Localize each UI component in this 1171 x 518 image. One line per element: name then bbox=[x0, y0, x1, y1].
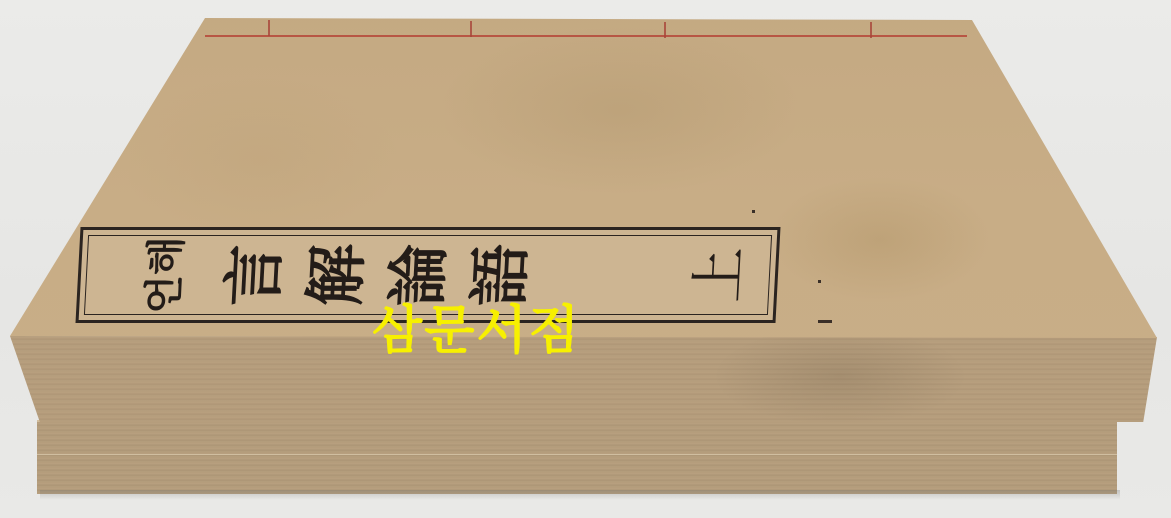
binding-thread bbox=[205, 35, 967, 37]
title-hangul: 언해 bbox=[144, 236, 188, 313]
lower-volume-page-edges bbox=[37, 420, 1117, 494]
upper-volume-page-edges bbox=[10, 336, 1157, 422]
title-char: 解 bbox=[305, 244, 370, 306]
book-shadow bbox=[40, 490, 1120, 500]
binding-stitch bbox=[664, 22, 666, 38]
ink-mark bbox=[752, 210, 755, 213]
binding-stitch bbox=[870, 22, 872, 38]
watermark-text: 삼문서점 bbox=[372, 288, 581, 363]
title-char: 言 bbox=[223, 244, 288, 306]
ink-mark bbox=[818, 280, 821, 283]
volume-marker: 上 bbox=[674, 247, 757, 303]
ink-mark bbox=[818, 320, 832, 323]
binding-stitch bbox=[268, 20, 270, 36]
photo-scene: 언해 言 解 論 語 上 삼문서점 bbox=[0, 0, 1171, 518]
binding-stitch bbox=[470, 21, 472, 37]
